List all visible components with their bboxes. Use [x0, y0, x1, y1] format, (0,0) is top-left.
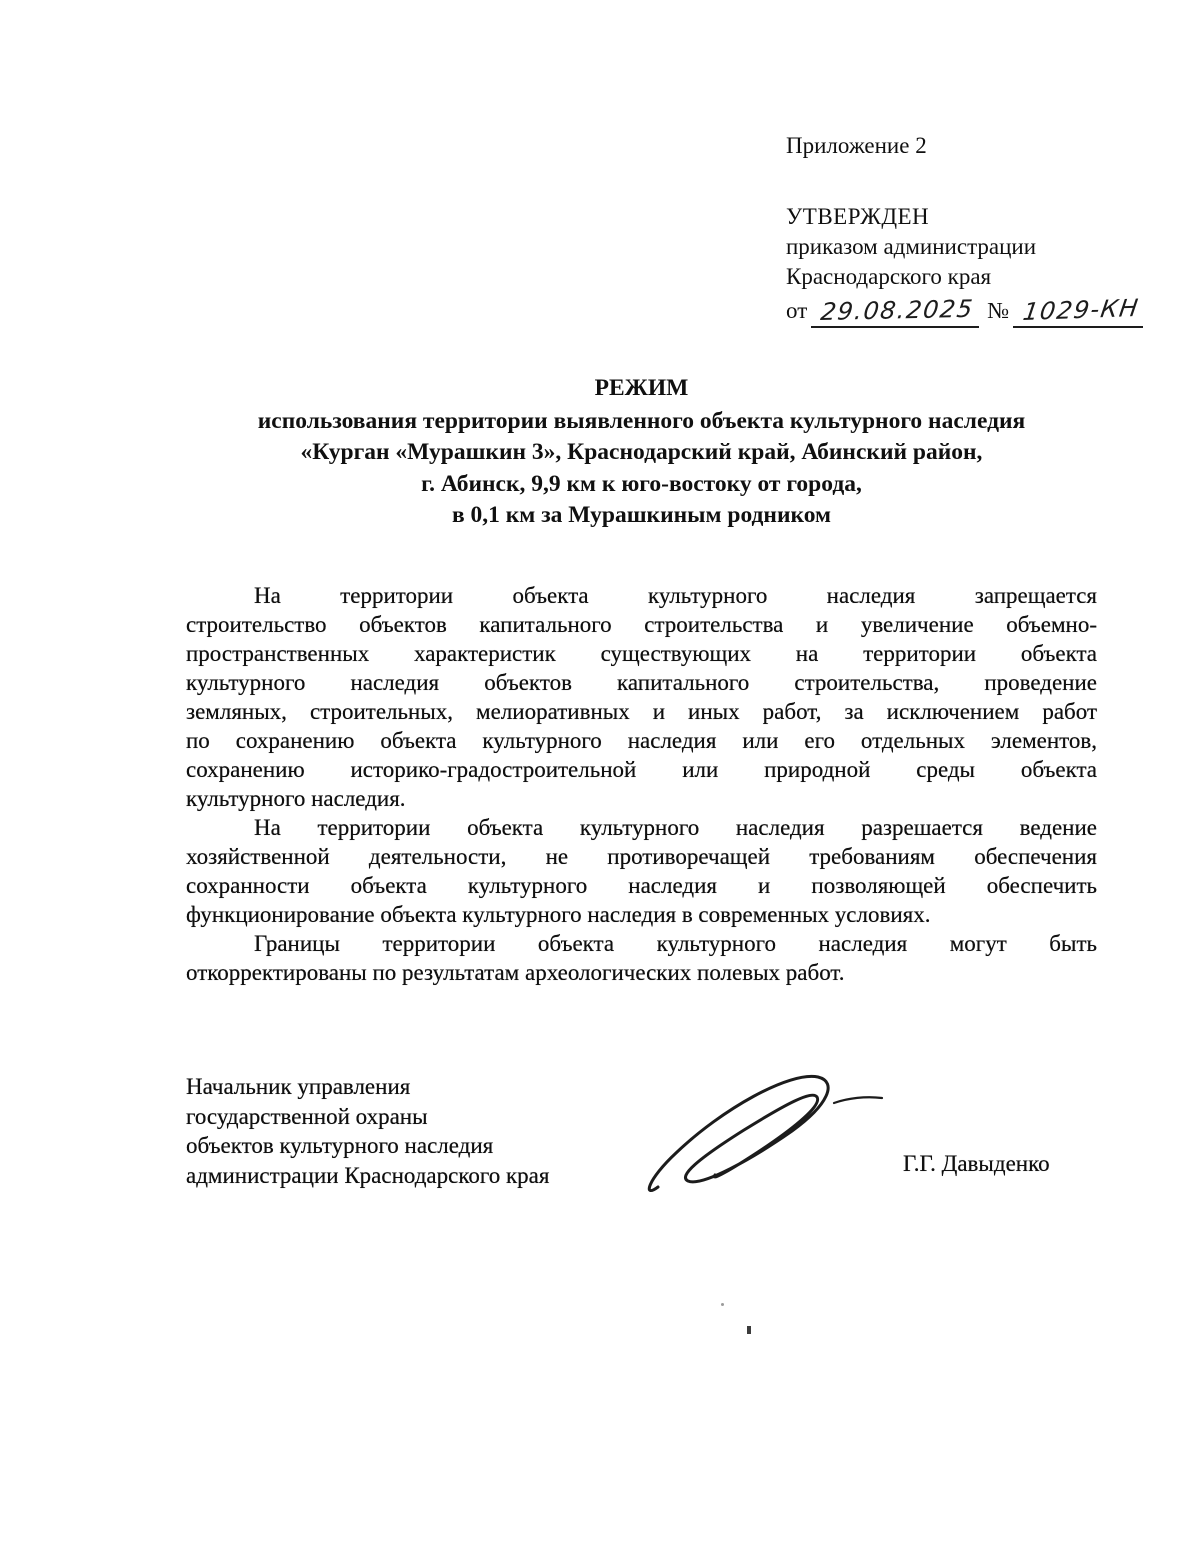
scan-artifact	[721, 1303, 724, 1306]
position-line: государственной охраны	[186, 1102, 656, 1132]
paragraph: На территории объекта культурного наслед…	[186, 581, 1097, 813]
title-line: г. Абинск, 9,9 км к юго-востоку от город…	[186, 469, 1097, 501]
paragraph: Границы территории объекта культурного н…	[186, 929, 1097, 987]
order-date-number-line: от29.08.2025№1029-КН	[786, 295, 1178, 328]
handwritten-date: 29.08.2025	[819, 294, 975, 327]
title-line: РЕЖИМ	[186, 373, 1097, 405]
title-line: использования территории выявленного объ…	[186, 406, 1097, 438]
number-sign: №	[987, 298, 1009, 323]
document-title: РЕЖИМ использования территории выявленно…	[186, 373, 1097, 532]
scan-artifact	[747, 1326, 751, 1334]
signatory-name: Г.Г. Давыденко	[903, 1151, 1050, 1177]
text-line: На территории объекта культурного наслед…	[186, 581, 1097, 610]
position-line: администрации Краснодарского края	[186, 1161, 656, 1191]
text-line: пространственных характеристик существую…	[186, 639, 1097, 668]
text-line: сохранности объекта культурного наследия…	[186, 871, 1097, 900]
handwritten-number: 1029-КН	[1021, 293, 1141, 327]
appendix-label: Приложение 2	[786, 131, 1178, 161]
text-line: откорректированы по результатам археолог…	[186, 958, 1097, 987]
approved-by-line: Краснодарского края	[786, 262, 1178, 292]
approved-by-line: приказом администрации	[786, 232, 1178, 262]
text-line: сохранению историко-градостроительной ил…	[186, 755, 1097, 784]
text-line: по сохранению объекта культурного наслед…	[186, 726, 1097, 755]
text-line: культурного наследия.	[186, 784, 1097, 813]
text-line: земляных, строительных, мелиоративных и …	[186, 697, 1097, 726]
document-body: На территории объекта культурного наслед…	[186, 581, 1097, 987]
text-line: На территории объекта культурного наслед…	[186, 813, 1097, 842]
position-line: Начальник управления	[186, 1072, 656, 1102]
document-page: Приложение 2 УТВЕРЖДЕН приказом админист…	[0, 0, 1200, 1553]
text-line: функционирование объекта культурного нас…	[186, 900, 1097, 929]
text-line: Границы территории объекта культурного н…	[186, 929, 1097, 958]
text-line: строительство объектов капитального стро…	[186, 610, 1097, 639]
text-line: культурного наследия объектов капитально…	[186, 668, 1097, 697]
date-prefix: от	[786, 298, 807, 323]
paragraph: На территории объекта культурного наслед…	[186, 813, 1097, 929]
position-line: объектов культурного наследия	[186, 1131, 656, 1161]
title-line: «Курган «Мурашкин 3», Краснодарский край…	[186, 437, 1097, 469]
text-line: хозяйственной деятельности, не противоре…	[186, 842, 1097, 871]
signatory-position: Начальник управления государственной охр…	[186, 1072, 656, 1190]
signature	[638, 1063, 900, 1209]
title-line: в 0,1 км за Мурашкиным родником	[186, 500, 1097, 532]
date-underline: 29.08.2025	[811, 295, 979, 328]
approved-label: УТВЕРЖДЕН	[786, 202, 1178, 232]
approval-block: Приложение 2 УТВЕРЖДЕН приказом админист…	[786, 131, 1178, 328]
number-underline: 1029-КН	[1013, 295, 1143, 328]
